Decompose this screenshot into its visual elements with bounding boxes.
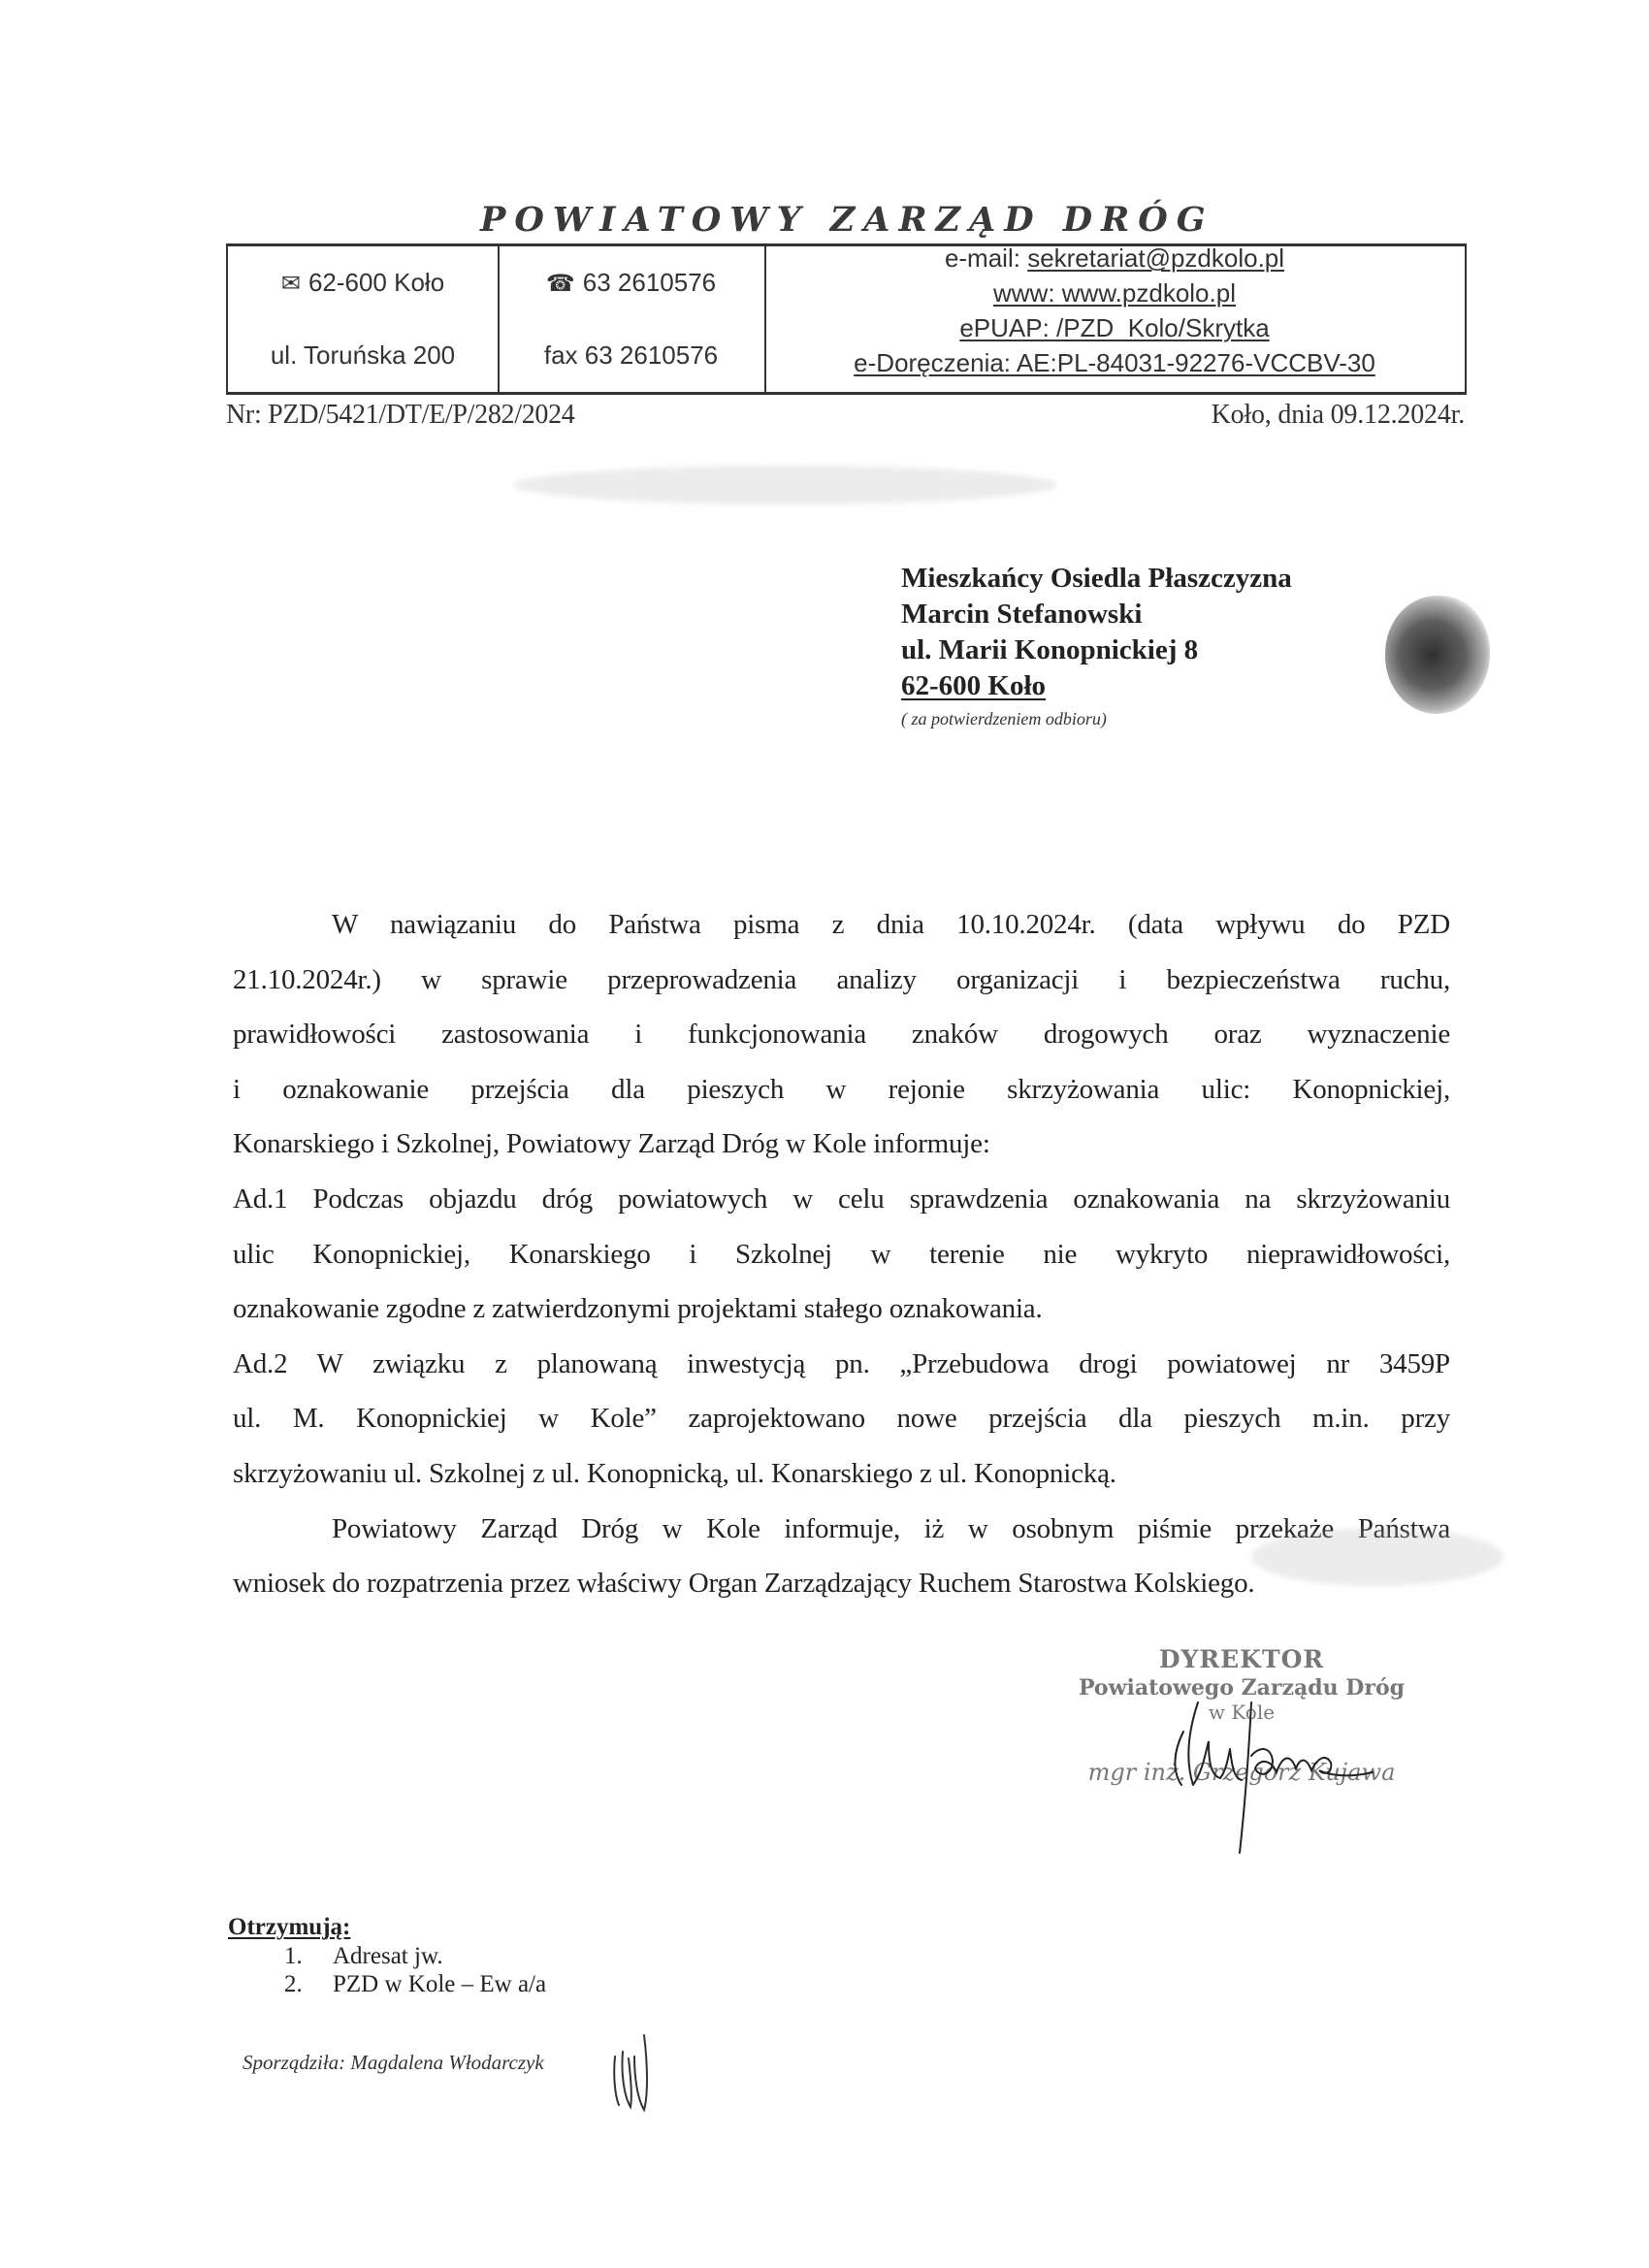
- street-address: ul. Toruńska 200: [228, 340, 498, 370]
- item-text: PZD w Kole – Ew a/a: [333, 1971, 546, 1997]
- distribution-list: Otrzymują: 1.Adresat jw. 2.PZD w Kole – …: [228, 1913, 546, 1998]
- body-line: Ad.1 Podczas objazdu dróg powiatowych w …: [233, 1172, 1450, 1227]
- body-line: ulic Konopnickiej, Konarskiego i Szkolne…: [233, 1227, 1450, 1282]
- edoreczenia-address: e-Doręczenia: AE:PL-84031-92276-VCCBV-30: [764, 347, 1465, 379]
- item-text: Adresat jw.: [333, 1943, 443, 1969]
- phone-number: ☎63 2610576: [498, 268, 764, 299]
- www-line[interactable]: www: www.pzdkolo.pl: [764, 277, 1465, 309]
- distribution-item: 1.Adresat jw.: [228, 1942, 546, 1970]
- distribution-item: 2.PZD w Kole – Ew a/a: [228, 1970, 546, 1998]
- phone-column: ☎63 2610576 fax 63 2610576: [498, 246, 766, 392]
- recipient-line: Mieszkańcy Osiedla Płaszczyzna: [901, 561, 1292, 597]
- body-line: 21.10.2024r.) w sprawie przeprowadzenia …: [233, 953, 1450, 1008]
- body-line: oznakowanie zgodne z zatwierdzonymi proj…: [233, 1281, 1450, 1337]
- letterhead-contact-box: ✉62-600 Koło ul. Toruńska 200 ☎63 261057…: [226, 243, 1467, 395]
- handwritten-initials: [609, 2027, 677, 2115]
- body-line: i oznakowanie przejścia dla pieszych w r…: [233, 1062, 1450, 1118]
- scan-smudge: [514, 466, 1057, 504]
- body-line: Ad.2 W związku z planowaną inwestycją pn…: [233, 1337, 1450, 1392]
- recipient-address-block: Mieszkańcy Osiedla Płaszczyzna Marcin St…: [901, 561, 1292, 731]
- letter-body: W nawiązaniu do Państwa pisma z dnia 10.…: [233, 897, 1450, 1611]
- body-line: prawidłowości zastosowania i funkcjonowa…: [233, 1007, 1450, 1062]
- distribution-heading: Otrzymują:: [228, 1913, 546, 1942]
- delivery-note: ( za potwierdzeniem odbioru): [901, 706, 1292, 731]
- phone-value: 63 2610576: [583, 268, 716, 297]
- handwritten-signature: [1145, 1664, 1436, 1858]
- electronic-contacts-column: e-mail: sekretariat@pzdkolo.pl www: www.…: [764, 246, 1465, 392]
- envelope-icon: ✉: [281, 270, 301, 299]
- body-line: W nawiązaniu do Państwa pisma z dnia 10.…: [233, 897, 1450, 953]
- item-number: 2.: [284, 1970, 333, 1998]
- place-and-date: Koło, dnia 09.12.2024r.: [1212, 400, 1465, 431]
- recipient-line: ul. Marii Konopnickiej 8: [901, 632, 1292, 668]
- recipient-line: 62-600 Koło: [901, 668, 1292, 704]
- email-link[interactable]: sekretariat@pzdkolo.pl: [1027, 243, 1284, 273]
- letterhead-title: POWIATOWY ZARZĄD DRÓG: [480, 199, 1227, 242]
- body-line: ul. M. Konopnickiej w Kole” zaprojektowa…: [233, 1391, 1450, 1446]
- ink-blot-mark: [1385, 596, 1490, 714]
- www-label: www:: [993, 278, 1062, 308]
- scan-smudge: [1251, 1528, 1503, 1586]
- postal-address: ✉62-600 Koło: [228, 268, 498, 299]
- reference-number: Nr: PZD/5421/DT/E/P/282/2024: [226, 400, 575, 431]
- prepared-by: Sporządziła: Magdalena Włodarczyk: [242, 2049, 544, 2076]
- email-line: e-mail: sekretariat@pzdkolo.pl: [764, 243, 1465, 275]
- www-link[interactable]: www.pzdkolo.pl: [1062, 278, 1236, 308]
- item-number: 1.: [284, 1942, 333, 1970]
- fax-number: fax 63 2610576: [498, 340, 764, 370]
- postal-code-city: 62-600 Koło: [308, 268, 444, 297]
- body-line: Konarskiego i Szkolnej, Powiatowy Zarząd…: [233, 1117, 1450, 1172]
- recipient-line: Marcin Stefanowski: [901, 597, 1292, 632]
- telephone-icon: ☎: [546, 270, 575, 299]
- body-line: skrzyżowaniu ul. Szkolnej z ul. Konopnic…: [233, 1446, 1450, 1502]
- email-label: e-mail:: [945, 243, 1027, 273]
- address-column: ✉62-600 Koło ul. Toruńska 200: [228, 246, 500, 392]
- epuap-address: ePUAP: /PZD_Kolo/Skrytka: [764, 312, 1465, 344]
